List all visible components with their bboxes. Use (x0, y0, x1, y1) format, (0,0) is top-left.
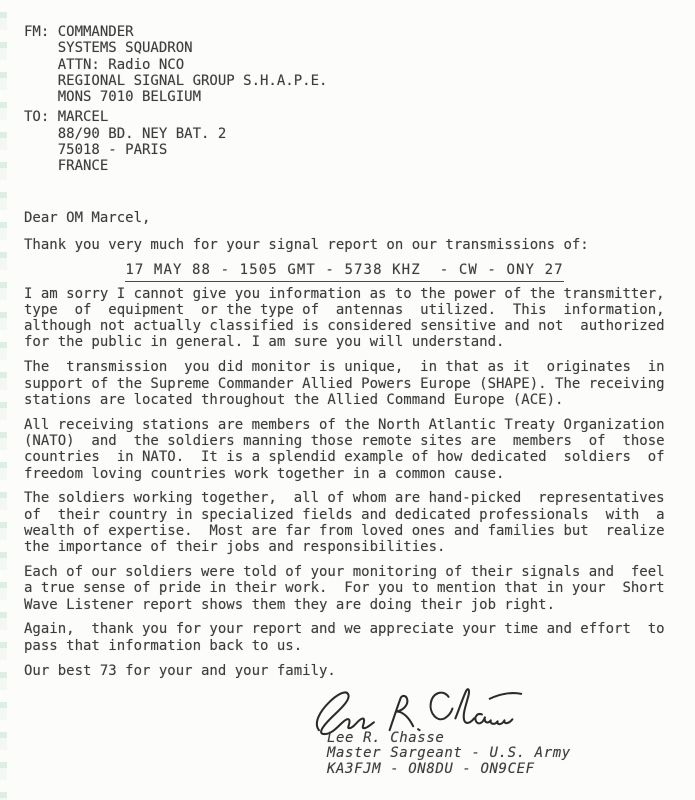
signature-callsign-line: KA3FJM - ON8DU - ON9CEF (327, 762, 695, 778)
handwritten-signature (315, 685, 531, 739)
body-paragraph-6: Again, thank you for your report and we … (24, 621, 695, 654)
signature-rank-line: Master Sargeant - U.S. Army (327, 746, 695, 762)
signature-block: Lee R. Chasse Master Sargeant - U.S. Arm… (327, 731, 695, 778)
transmission-details-underlined: 17 MAY 88 - 1505 GMT - 5738 KHZ - CW - O… (125, 262, 563, 282)
body-paragraph-1: I am sorry I cannot give you information… (24, 286, 695, 351)
body-paragraph-2: The transmission you did monitor is uniq… (24, 359, 695, 408)
scan-edge-artifact (0, 0, 7, 800)
salutation-line: Dear OM Marcel, (24, 210, 695, 226)
to-address-block: TO: MARCEL 88/90 BD. NEY BAT. 2 75018 - … (24, 109, 695, 174)
from-address-block: FM: COMMANDER SYSTEMS SQUADRON ATTN: Rad… (24, 24, 695, 105)
transmission-details-row: 17 MAY 88 - 1505 GMT - 5738 KHZ - CW - O… (24, 262, 665, 278)
body-paragraph-3: All receiving stations are members of th… (24, 417, 695, 482)
intro-line: Thank you very much for your signal repo… (24, 237, 695, 253)
body-paragraph-4: The soldiers working together, all of wh… (24, 490, 695, 555)
closing-line: Our best 73 for your and your family. (24, 663, 695, 679)
scanned-letter-document: FM: COMMANDER SYSTEMS SQUADRON ATTN: Rad… (0, 0, 695, 800)
body-paragraph-5: Each of our soldiers were told of your m… (24, 564, 695, 613)
